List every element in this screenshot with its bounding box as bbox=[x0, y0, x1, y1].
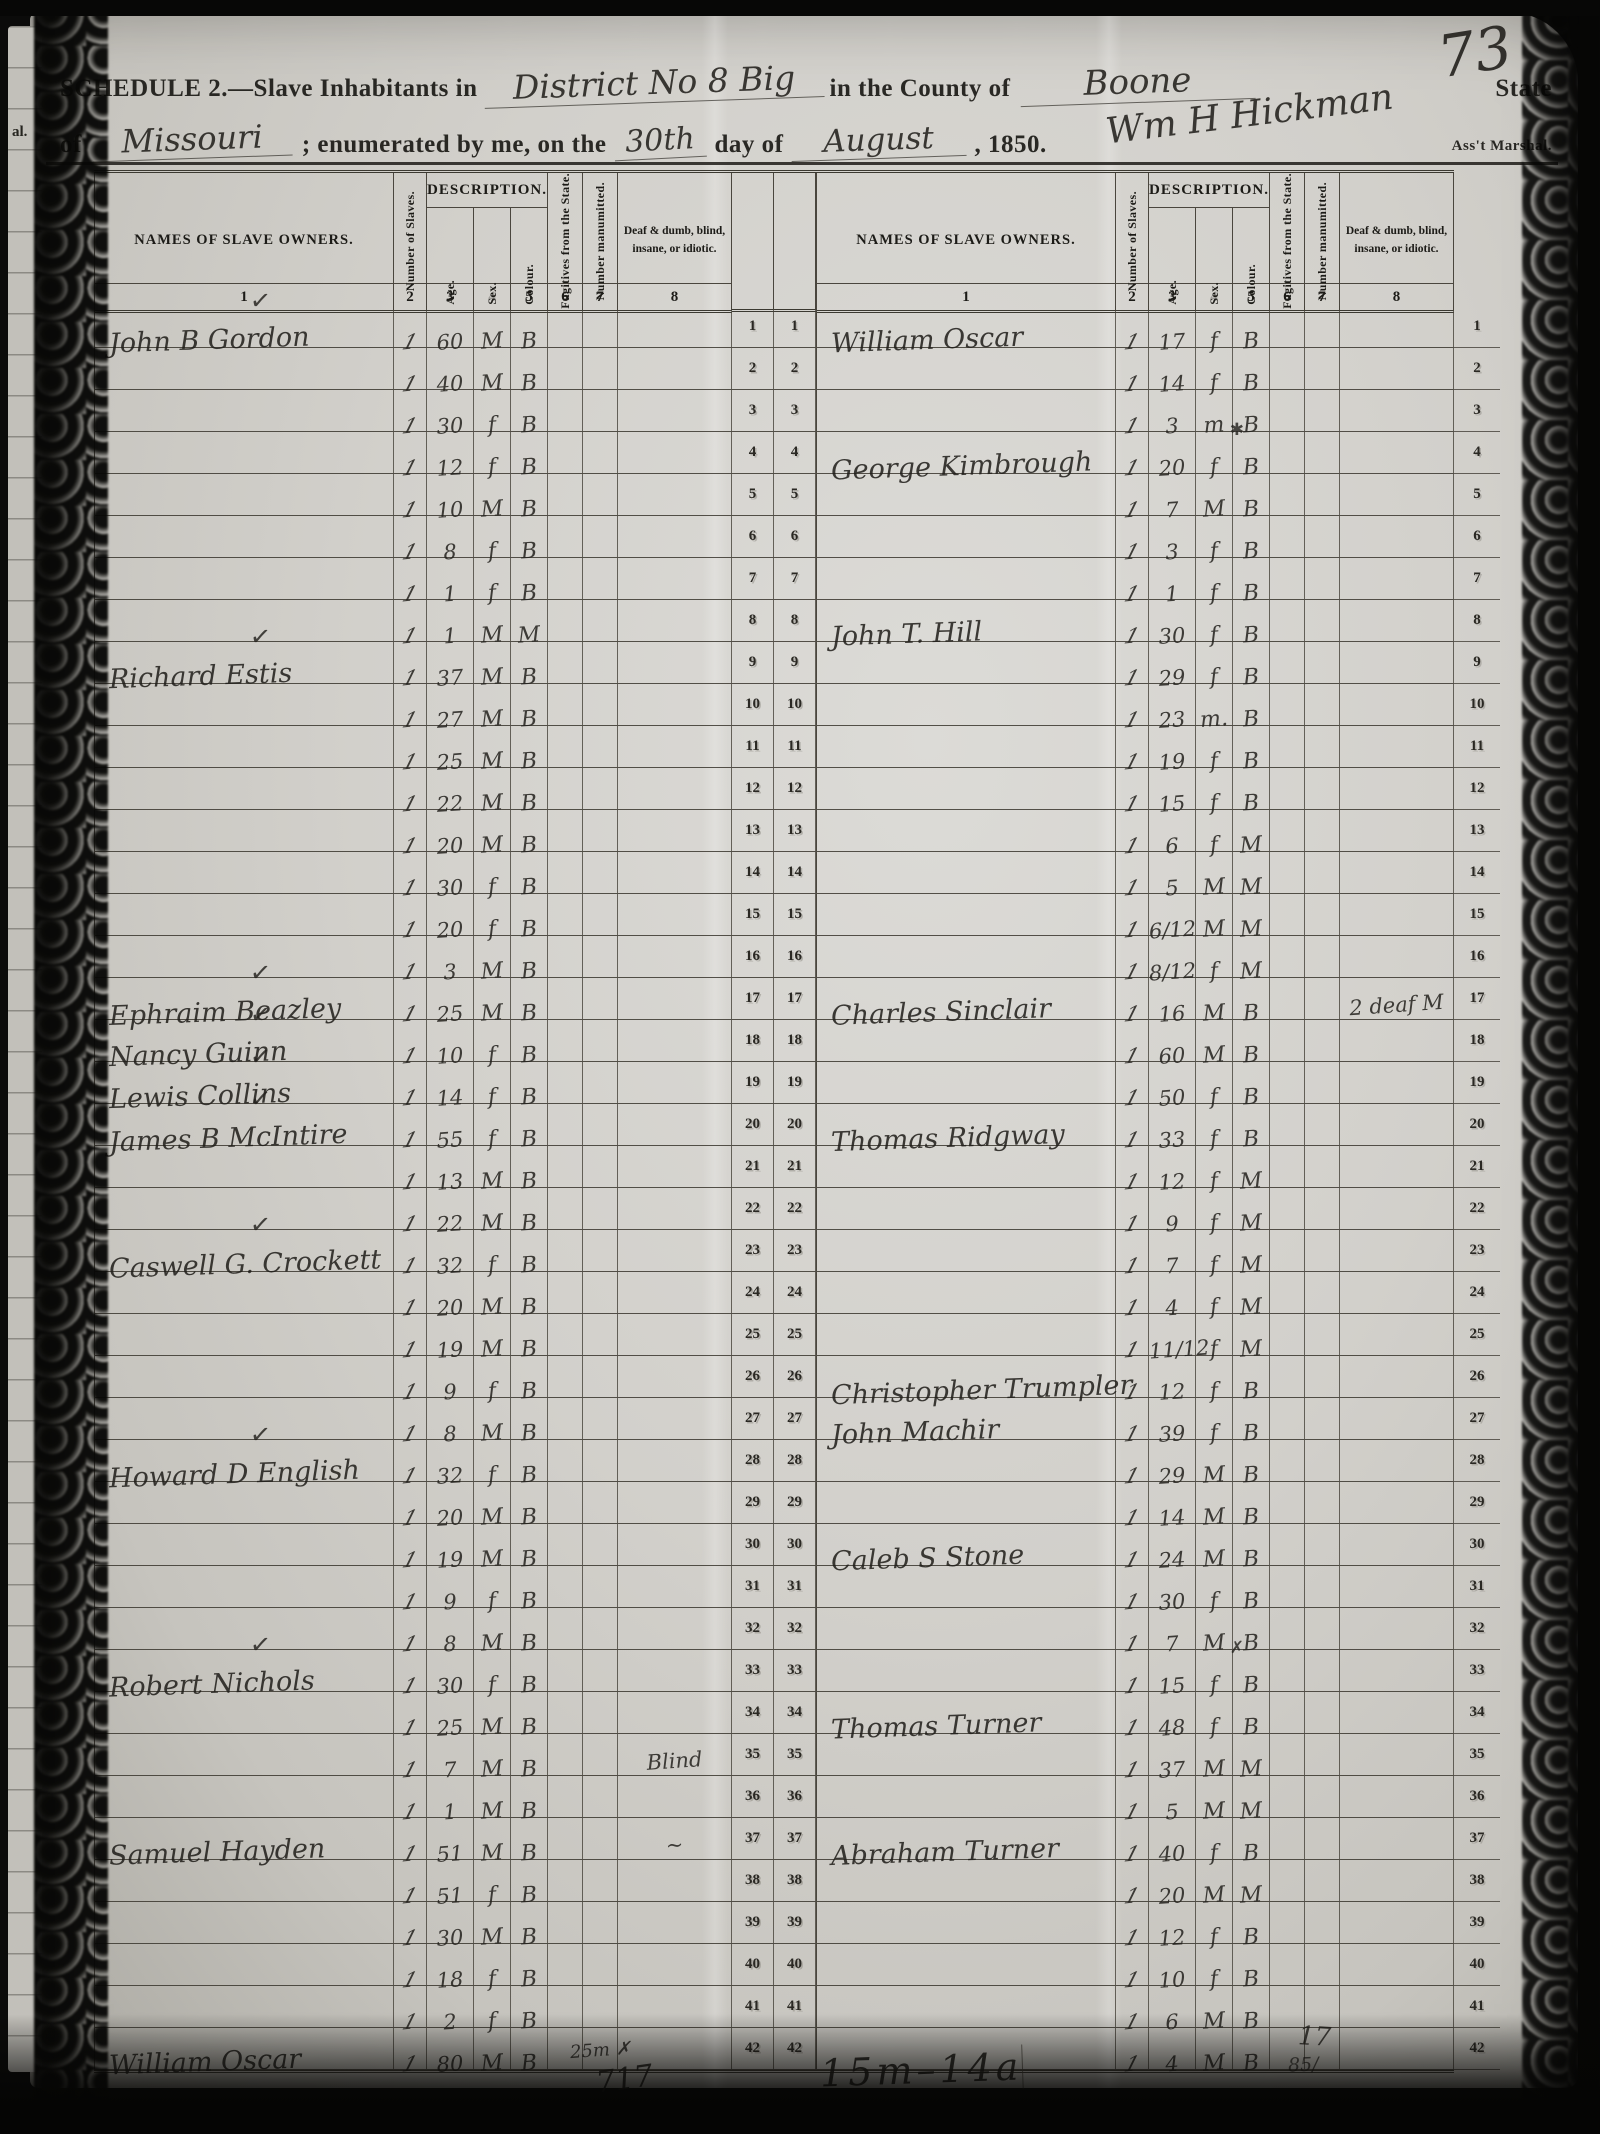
row-number: 2121 bbox=[732, 1146, 816, 1188]
fugitives-cell bbox=[548, 1314, 583, 1355]
row-number: 2020 bbox=[732, 1104, 816, 1146]
row-number: 24 bbox=[1454, 1272, 1500, 1314]
deaf-cell bbox=[1340, 1440, 1454, 1481]
deaf-cell bbox=[618, 894, 732, 935]
deaf-cell bbox=[1340, 306, 1454, 347]
row-number: 3333 bbox=[732, 1650, 816, 1692]
owner-name-cell bbox=[94, 1902, 394, 1943]
deaf-cell bbox=[1340, 2028, 1454, 2069]
fugitives-cell bbox=[548, 1146, 583, 1187]
header-line-2: of Missouri ; enumerated by me, on the 3… bbox=[60, 120, 1552, 159]
scan-edge-top bbox=[0, 0, 1600, 16]
deaf-cell bbox=[1340, 726, 1454, 767]
owner-name-cell bbox=[94, 516, 394, 557]
row-number: 2323 bbox=[732, 1230, 816, 1272]
manumitted-cell bbox=[583, 1230, 618, 1271]
owner-name-cell bbox=[94, 558, 394, 599]
fugitives-cell bbox=[548, 894, 583, 935]
owner-name-cell bbox=[816, 726, 1116, 767]
deaf-cell bbox=[618, 1020, 732, 1061]
table-row: 1 5 M M bbox=[816, 852, 1454, 894]
fugitives-cell bbox=[548, 558, 583, 599]
manumitted-cell bbox=[583, 1440, 618, 1481]
table-row: 1 9 f B bbox=[94, 1356, 732, 1398]
fugitives-cell bbox=[548, 1440, 583, 1481]
title-printed-1: —Slave Inhabitants in bbox=[228, 75, 477, 103]
deaf-cell bbox=[1340, 1104, 1454, 1145]
deaf-cell bbox=[1340, 1986, 1454, 2027]
row-number: 1515 bbox=[732, 894, 816, 936]
manumitted-cell bbox=[1305, 1776, 1340, 1817]
manumitted-header: Number manumitted. bbox=[583, 173, 618, 309]
table-row: 1 14 M B bbox=[816, 1482, 1454, 1524]
table-row: 1 10 f B bbox=[816, 1944, 1454, 1986]
manumitted-header: Number manumitted. bbox=[1305, 173, 1340, 309]
table-row: 1 1 f B bbox=[816, 558, 1454, 600]
row-number: 23 bbox=[1454, 1230, 1500, 1272]
table-row: 1 1 f B bbox=[94, 558, 732, 600]
row-number: 5 bbox=[1454, 474, 1500, 516]
deaf-cell bbox=[1340, 1608, 1454, 1649]
table-row: 1 20 M B bbox=[94, 810, 732, 852]
table-row: 1 6/12 M M bbox=[816, 894, 1454, 936]
row-number: 2727 bbox=[732, 1398, 816, 1440]
manumitted-cell bbox=[583, 726, 618, 767]
table-row: ✓ John B Gordon 1 60 M B bbox=[94, 306, 732, 348]
fugitives-cell bbox=[1270, 1398, 1305, 1439]
margin-scribble: 85/ bbox=[1288, 2053, 1319, 2076]
check-mark: ✓ bbox=[248, 999, 272, 1030]
stray-mark: ✗ bbox=[1230, 1638, 1244, 1658]
age-cell: 17 bbox=[1149, 306, 1196, 347]
deaf-cell bbox=[618, 1608, 732, 1649]
table-row: 1 3 f B bbox=[816, 516, 1454, 558]
fugitives-cell bbox=[548, 1986, 583, 2027]
row-number: 39 bbox=[1454, 1902, 1500, 1944]
manumitted-cell bbox=[1305, 1566, 1340, 1607]
manumitted-cell bbox=[1305, 1104, 1340, 1145]
manumitted-cell bbox=[583, 1818, 618, 1859]
deaf-cell bbox=[618, 1524, 732, 1565]
deaf-cell bbox=[1340, 1230, 1454, 1271]
age-header: Age. bbox=[1149, 208, 1196, 309]
row-number: 44 bbox=[732, 432, 816, 474]
fugitives-cell bbox=[548, 348, 583, 389]
row-number: 4040 bbox=[732, 1944, 816, 1986]
enumerated-printed: ; enumerated by me, on the bbox=[302, 131, 607, 159]
fugitives-cell bbox=[1270, 1314, 1305, 1355]
fugitives-cell bbox=[548, 516, 583, 557]
deaf-cell bbox=[618, 516, 732, 557]
colour-header: Colour. bbox=[511, 208, 548, 309]
year-printed: , 1850. bbox=[974, 131, 1046, 159]
fugitives-cell bbox=[1270, 1608, 1305, 1649]
owner-name-cell bbox=[94, 936, 394, 977]
table-row: 1 8 M B bbox=[94, 1398, 732, 1440]
deaf-cell bbox=[1340, 1650, 1454, 1691]
check-mark: ✓ bbox=[248, 1629, 272, 1660]
row-number: 1616 bbox=[732, 936, 816, 978]
manumitted-cell bbox=[583, 1860, 618, 1901]
deaf-cell bbox=[1340, 432, 1454, 473]
row-number: 3838 bbox=[732, 1860, 816, 1902]
deaf-cell bbox=[1340, 1944, 1454, 1985]
owner-name-cell bbox=[816, 1986, 1116, 2027]
deaf-cell bbox=[618, 1440, 732, 1481]
torn-page-sliver: al. bbox=[8, 26, 42, 2072]
row-number: 2929 bbox=[732, 1482, 816, 1524]
age-header: Age. bbox=[427, 208, 474, 309]
owner-name-cell: ✓ John B Gordon bbox=[94, 306, 394, 347]
manumitted-cell bbox=[583, 390, 618, 431]
owner-name-cell bbox=[816, 810, 1116, 851]
fugitives-cell bbox=[1270, 1104, 1305, 1145]
scanned-census-page: { "page": { "page_number": "73", "left_e… bbox=[0, 0, 1600, 2134]
table-row: 1 12 f B bbox=[816, 1902, 1454, 1944]
deaf-cell bbox=[618, 348, 732, 389]
owner-name-cell bbox=[94, 1944, 394, 1985]
table-row: 1 22 M B bbox=[94, 1188, 732, 1230]
owner-name-cell bbox=[94, 474, 394, 515]
state-handwritten: Missouri bbox=[91, 117, 292, 163]
number-of-slaves-cell: 1 bbox=[394, 306, 427, 347]
owner-name-cell: ✓ Richard Estis bbox=[94, 642, 394, 683]
manumitted-cell bbox=[583, 432, 618, 473]
deaf-cell bbox=[1340, 600, 1454, 641]
margin-scribble: 17 bbox=[1297, 2021, 1332, 2053]
row-number: 32 bbox=[1454, 1608, 1500, 1650]
manumitted-cell bbox=[583, 1734, 618, 1775]
row-number: 22 bbox=[732, 348, 816, 390]
deaf-cell bbox=[1340, 1398, 1454, 1439]
owner-name-cell bbox=[94, 852, 394, 893]
deaf-cell bbox=[618, 390, 732, 431]
fugitives-cell bbox=[548, 1104, 583, 1145]
owner-name-cell: George Kimbrough bbox=[816, 432, 1116, 473]
manumitted-cell bbox=[583, 516, 618, 557]
fugitives-cell bbox=[1270, 1776, 1305, 1817]
table-row: ✓ Robert Nichols 1 30 f B bbox=[94, 1650, 732, 1692]
row-number: 29 bbox=[1454, 1482, 1500, 1524]
row-number: 3434 bbox=[732, 1692, 816, 1734]
table-row: George Kimbrough 1 20 f✱ B bbox=[816, 432, 1454, 474]
row-number: 4141 bbox=[732, 1986, 816, 2028]
fugitives-cell bbox=[548, 852, 583, 893]
manumitted-cell bbox=[1305, 936, 1340, 977]
deaf-cell bbox=[1340, 1062, 1454, 1103]
deaf-cell bbox=[618, 1692, 732, 1733]
fugitives-cell bbox=[1270, 1146, 1305, 1187]
fugitives-cell bbox=[1270, 558, 1305, 599]
deaf-cell bbox=[618, 1776, 732, 1817]
description-title: DESCRIPTION. bbox=[1149, 173, 1269, 208]
census-page-paper: 73 SCHEDULE 2. —Slave Inhabitants in Dis… bbox=[30, 12, 1578, 2088]
manumitted-cell bbox=[583, 1902, 618, 1943]
owner-name: William Oscar bbox=[109, 2044, 302, 2082]
manumitted-cell bbox=[583, 1020, 618, 1061]
owner-name-cell bbox=[816, 1188, 1116, 1229]
check-mark: ✓ bbox=[248, 1041, 272, 1072]
left-rows: ✓ John B Gordon 1 60 M B bbox=[94, 306, 732, 2073]
fugitives-cell bbox=[1270, 600, 1305, 641]
owner-name-cell bbox=[94, 1734, 394, 1775]
row-number: 3636 bbox=[732, 1776, 816, 1818]
table-row: Abraham Turner 1 40 f B bbox=[816, 1818, 1454, 1860]
fugitives-cell bbox=[548, 1944, 583, 1985]
row-number: 3030 bbox=[732, 1524, 816, 1566]
title-printed-2: in the County of bbox=[830, 75, 1011, 103]
table-row: 1 9 f B bbox=[94, 1566, 732, 1608]
manumitted-cell bbox=[1305, 1146, 1340, 1187]
row-number: 2525 bbox=[732, 1314, 816, 1356]
manumitted-cell bbox=[583, 558, 618, 599]
row-number: 1818 bbox=[732, 1020, 816, 1062]
fugitives-cell bbox=[1270, 894, 1305, 935]
owner-name-cell bbox=[816, 894, 1116, 935]
manumitted-cell bbox=[1305, 1482, 1340, 1523]
names-column-header: NAMES OF SLAVE OWNERS. bbox=[94, 173, 394, 309]
table-row: 1 7 M B bbox=[816, 1608, 1454, 1650]
right-half-header: NAMES OF SLAVE OWNERS. Number of Slaves.… bbox=[816, 170, 1454, 313]
owner-name-cell: William Oscar bbox=[816, 306, 1116, 347]
owner-name-cell bbox=[94, 894, 394, 935]
manumitted-cell bbox=[583, 474, 618, 515]
manumitted-cell bbox=[1305, 1524, 1340, 1565]
number-of-slaves-cell: 1 bbox=[1116, 306, 1149, 347]
fugitives-cell bbox=[548, 1398, 583, 1439]
owner-name-cell bbox=[94, 390, 394, 431]
deaf-cell bbox=[1340, 1566, 1454, 1607]
row-number: 12 bbox=[1454, 768, 1500, 810]
manumitted-cell bbox=[1305, 768, 1340, 809]
manumitted-cell bbox=[583, 1398, 618, 1439]
fugitives-cell bbox=[1270, 306, 1305, 347]
deaf-cell bbox=[618, 1398, 732, 1439]
owner-name-cell: ✓ Howard D English bbox=[94, 1440, 394, 1481]
table-row: 1 6 M B bbox=[816, 1986, 1454, 2028]
month-handwritten: August bbox=[791, 119, 967, 162]
owner-name-cell bbox=[94, 1314, 394, 1355]
colour-cell: B bbox=[511, 306, 548, 347]
deaf-cell bbox=[1340, 768, 1454, 809]
description-title: DESCRIPTION. bbox=[427, 173, 547, 208]
owner-name-cell: Abraham Turner bbox=[816, 1818, 1116, 1859]
row-number: 17 bbox=[1454, 978, 1500, 1020]
row-number: 28 bbox=[1454, 1440, 1500, 1482]
row-number: 3 bbox=[1454, 390, 1500, 432]
margin-scribble: 25m ✗ bbox=[569, 2038, 631, 2063]
owner-name-cell bbox=[94, 1398, 394, 1439]
fugitives-cell bbox=[548, 1818, 583, 1859]
owner-name-cell bbox=[94, 1986, 394, 2027]
table-row: 1 30 f B bbox=[94, 390, 732, 432]
fugitives-cell bbox=[548, 1608, 583, 1649]
manumitted-cell bbox=[583, 1650, 618, 1691]
deaf-cell bbox=[1340, 390, 1454, 431]
owner-name-cell: ✓ Robert Nichols bbox=[94, 1650, 394, 1691]
names-column-header: NAMES OF SLAVE OWNERS. bbox=[816, 173, 1116, 309]
owner-name-cell: Thomas Turner bbox=[816, 1692, 1116, 1733]
table-row: 1 7 M B Blind bbox=[94, 1734, 732, 1776]
owner-name-cell bbox=[94, 1608, 394, 1649]
manumitted-cell bbox=[1305, 600, 1340, 641]
table-row: ✓ Ephraim Beazley 1 25 M B bbox=[94, 978, 732, 1020]
row-number: 11 bbox=[1454, 726, 1500, 768]
table-row: 1 12 f B bbox=[94, 432, 732, 474]
deaf-cell bbox=[618, 1944, 732, 1985]
fugitives-cell bbox=[1270, 1650, 1305, 1691]
check-mark: ✓ bbox=[248, 285, 272, 316]
manumitted-cell bbox=[1305, 348, 1340, 389]
row-number: 31 bbox=[1454, 1566, 1500, 1608]
deaf-cell bbox=[1340, 1314, 1454, 1355]
manumitted-cell bbox=[1305, 1608, 1340, 1649]
deaf-cell bbox=[1340, 1902, 1454, 1943]
manumitted-cell bbox=[1305, 306, 1340, 347]
manumitted-cell bbox=[583, 684, 618, 725]
row-number: 35 bbox=[1454, 1734, 1500, 1776]
row-number: 2222 bbox=[732, 1188, 816, 1230]
row-number: 34 bbox=[1454, 1692, 1500, 1734]
table-row: 1 50 f B bbox=[816, 1062, 1454, 1104]
owner-name-cell bbox=[816, 1314, 1116, 1355]
owner-name-cell bbox=[816, 1902, 1116, 1943]
table-row: 1 1 M M bbox=[94, 600, 732, 642]
deaf-cell bbox=[618, 642, 732, 683]
owner-name-cell: Christopher Trumpler bbox=[816, 1356, 1116, 1397]
fugitives-cell bbox=[1270, 1944, 1305, 1985]
table-row: 1 15 f✗ B bbox=[816, 1650, 1454, 1692]
table-row: 1 3 m B bbox=[816, 390, 1454, 432]
manumitted-cell bbox=[583, 600, 618, 641]
table-row: 1 19 f B bbox=[816, 726, 1454, 768]
deaf-cell bbox=[1340, 348, 1454, 389]
fugitives-cell bbox=[1270, 1734, 1305, 1775]
fugitives-cell bbox=[548, 600, 583, 641]
day-handwritten: 30th bbox=[614, 121, 708, 162]
table-row: 1 30 M B bbox=[94, 1902, 732, 1944]
row-number: 55 bbox=[732, 474, 816, 516]
previous-page-fragment: al. bbox=[12, 124, 27, 141]
deaf-cell bbox=[618, 1650, 732, 1691]
deaf-cell bbox=[618, 936, 732, 977]
owner-name-cell: Samuel Hayden bbox=[94, 1818, 394, 1859]
row-number: 19 bbox=[1454, 1062, 1500, 1104]
deaf-cell: ~ bbox=[618, 1818, 732, 1859]
row-number: 15 bbox=[1454, 894, 1500, 936]
owner-name: John Machir bbox=[831, 1414, 1000, 1451]
stray-mark: ✱ bbox=[1230, 420, 1244, 440]
deaf-cell bbox=[618, 1566, 732, 1607]
row-number: 1111 bbox=[732, 726, 816, 768]
owner-name-cell bbox=[816, 768, 1116, 809]
manumitted-cell bbox=[1305, 1734, 1340, 1775]
row-number: 1717 bbox=[732, 978, 816, 1020]
deaf-cell bbox=[1340, 810, 1454, 851]
deaf-cell bbox=[618, 1188, 732, 1229]
fugitives-cell bbox=[1270, 1188, 1305, 1229]
deaf-cell bbox=[618, 1314, 732, 1355]
owner-name-cell bbox=[816, 684, 1116, 725]
table-row: 1 8 M B bbox=[94, 1608, 732, 1650]
manumitted-cell bbox=[1305, 390, 1340, 431]
row-number: 36 bbox=[1454, 1776, 1500, 1818]
deaf-cell bbox=[1340, 1146, 1454, 1187]
table-row: ✓ Richard Estis 1 37 M B bbox=[94, 642, 732, 684]
table-row: 1 22 M B bbox=[94, 768, 732, 810]
manumitted-cell bbox=[583, 1482, 618, 1523]
manumitted-cell bbox=[1305, 558, 1340, 599]
row-number: 42 bbox=[1454, 2028, 1500, 2070]
deaf-cell bbox=[1340, 1692, 1454, 1733]
manumitted-cell bbox=[583, 1062, 618, 1103]
deaf-cell bbox=[1340, 1272, 1454, 1313]
fugitives-cell bbox=[548, 1566, 583, 1607]
manumitted-cell bbox=[583, 852, 618, 893]
number-of-slaves-header: Number of Slaves. bbox=[1116, 173, 1149, 309]
table-row: 1 11/12 f M bbox=[816, 1314, 1454, 1356]
deaf-cell: 2 deaf M bbox=[1340, 978, 1454, 1019]
owner-name: Richard Estis bbox=[109, 658, 293, 695]
page-number: 73 bbox=[1433, 13, 1517, 92]
fugitives-cell bbox=[548, 726, 583, 767]
table-row: 1 6 f M bbox=[816, 810, 1454, 852]
manumitted-cell bbox=[1305, 1902, 1340, 1943]
row-number: 3131 bbox=[732, 1566, 816, 1608]
fugitives-cell bbox=[548, 1860, 583, 1901]
deaf-cell bbox=[618, 1902, 732, 1943]
fugitives-cell bbox=[1270, 1230, 1305, 1271]
row-number: 14 bbox=[1454, 852, 1500, 894]
row-number: 13 bbox=[1454, 810, 1500, 852]
manumitted-cell bbox=[1305, 810, 1340, 851]
table-row: 1 23 m. B bbox=[816, 684, 1454, 726]
row-number: 27 bbox=[1454, 1398, 1500, 1440]
deaf-cell bbox=[618, 1356, 732, 1397]
row-number: 2626 bbox=[732, 1356, 816, 1398]
deaf-cell bbox=[1340, 558, 1454, 599]
sex-cell: f bbox=[1196, 306, 1233, 347]
manumitted-cell bbox=[583, 1692, 618, 1733]
manumitted-cell bbox=[1305, 1062, 1340, 1103]
middle-row-numbers: 11 22 33 44 55 66 bbox=[732, 306, 816, 2073]
row-number: 4242 bbox=[732, 2028, 816, 2070]
table-row: Thomas Turner 1 48 f B bbox=[816, 1692, 1454, 1734]
row-number: 88 bbox=[732, 600, 816, 642]
manumitted-cell bbox=[583, 1104, 618, 1145]
manumitted-cell bbox=[583, 810, 618, 851]
manumitted-cell bbox=[583, 1608, 618, 1649]
row-number: 8 bbox=[1454, 600, 1500, 642]
fugitives-cell bbox=[548, 1356, 583, 1397]
deaf-cell bbox=[1340, 1482, 1454, 1523]
check-mark: ✓ bbox=[248, 1209, 272, 1240]
owner-name-cell bbox=[816, 1482, 1116, 1523]
deaf-cell bbox=[618, 1986, 732, 2027]
row-number: 1 bbox=[1454, 306, 1500, 348]
owner-name-cell bbox=[816, 1776, 1116, 1817]
table-row: ✓ Caswell G. Crockett 1 32 f B bbox=[94, 1230, 732, 1272]
row-number: 1919 bbox=[732, 1062, 816, 1104]
manumitted-cell bbox=[583, 1188, 618, 1229]
manumitted-cell bbox=[583, 1356, 618, 1397]
fugitives-cell bbox=[1270, 1860, 1305, 1901]
table-row: 1 7 f M bbox=[816, 1230, 1454, 1272]
fugitives-cell bbox=[1270, 432, 1305, 473]
fugitives-cell bbox=[1270, 1566, 1305, 1607]
deaf-header: Deaf & dumb, blind, insane, or idiotic. bbox=[618, 173, 732, 309]
fugitives-cell bbox=[1270, 390, 1305, 431]
